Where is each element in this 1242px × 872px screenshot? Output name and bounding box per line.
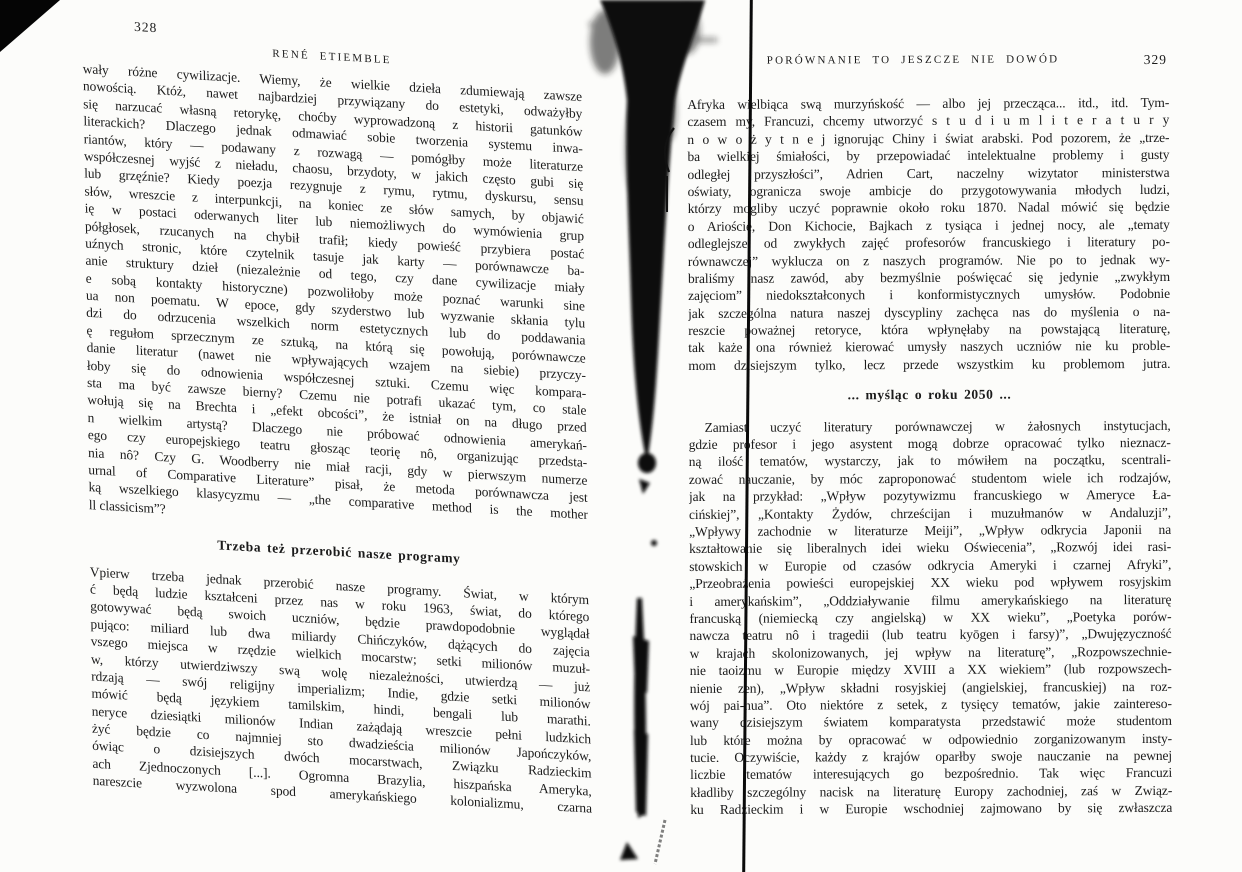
text-line: oświaty, ogranicza swoje ambicje do przy… <box>688 181 1170 200</box>
text-line: wany dzisiejszym światem komparatysta pr… <box>690 712 1172 731</box>
left-page: 328 RENÉ ETIEMBLE wały różne cywilizacje… <box>82 16 592 817</box>
text-line: odleglejsze od zwykłych zajęć profesorów… <box>688 233 1170 252</box>
text-line: kładliby szczególny nacisk na literaturę… <box>690 782 1172 801</box>
text-line: nawcza teatru nô i tragedii (lub teatru … <box>690 625 1172 644</box>
text-line: którzy mogliby uczyć poprawnie około rok… <box>688 198 1170 217</box>
page-number-right: 329 <box>1144 52 1167 68</box>
text-line: jak na przykład: „Wpływ pozytywizmu fran… <box>689 486 1171 505</box>
text-line: n o w o ż y t n e j ignorując Chiny i św… <box>687 129 1169 148</box>
text-line: lub które można by opracować w odpowiedn… <box>690 730 1172 749</box>
left-page-text: wały różne cywilizacje. Wiemy, że wielki… <box>83 60 592 817</box>
text-line: o Arioście, Don Kichocie, Bajkach z tysi… <box>688 216 1170 235</box>
text-line: Zamiast uczyć literatury porównawczej w … <box>689 417 1171 436</box>
text-line: tucie. Oczywiście, każdy z krajów oparłb… <box>690 747 1172 766</box>
text-line: ... myśląc o roku 2050 ... <box>688 385 1170 404</box>
text-line: czasem my, Francuzi, chcemy utworzyć s t… <box>687 111 1169 130</box>
paragraph: Vpierw trzeba jednak przerobić nasze pro… <box>90 563 592 818</box>
speckle-streak <box>655 820 665 864</box>
text-line: ku Radzieckim i w Europie wschodniej zaj… <box>690 799 1172 818</box>
text-line: tak każe ona również kierować umysły nas… <box>688 337 1170 356</box>
text-line: równawczej” wyklucza on z naszych progra… <box>688 250 1170 269</box>
text-line: gdzie profesor i jego asystent mogą dobr… <box>689 434 1171 453</box>
text-line: w krajach skolonizowanych, jej wpływ na … <box>690 643 1172 662</box>
text-line: cińskiej”, „Kontakty Żydów, chrześcijan … <box>689 503 1171 522</box>
text-line: liczbie tematów interesujących go bezpoś… <box>690 764 1172 783</box>
text-line: kształtowanie się liberalnych idei wieku… <box>689 538 1171 557</box>
text-line: wój pai-hua”. Oto niektóre z setek, z ty… <box>690 695 1172 714</box>
paragraph: wały różne cywilizacje. Wiemy, że wielki… <box>83 60 589 541</box>
text-line: ną ilość tematów, wystarczy, jak to mówi… <box>689 451 1171 470</box>
text-line: braliśmy nasz zawód, aby bezmyślnie pośw… <box>688 268 1170 287</box>
paragraph: Zamiast uczyć literatury porównawczej w … <box>689 417 1173 819</box>
section-heading: ... myśląc o roku 2050 ... <box>688 385 1170 404</box>
right-page: PORÓWNANIE TO JESZCZE NIE DOWÓD 329 Afry… <box>687 52 1172 819</box>
text-line: zować nauczanie, by móc zaproponować stu… <box>689 469 1171 488</box>
pen-paren-mark-artifact <box>658 124 682 216</box>
text-line: reszcie poważnej retoryce, która wpłynęł… <box>688 320 1170 339</box>
smudge-core <box>600 0 705 860</box>
scanned-book-spread: { "colors": { "paper": "#fcfcfa", "ink":… <box>0 0 1242 872</box>
text-line: stowskich w Europie od czasów odkrycia A… <box>689 556 1171 575</box>
folded-corner-artifact <box>0 0 60 52</box>
text-line: zajęciom” niedokształconych i konformist… <box>688 285 1170 304</box>
text-line: nienie zen), „Wpływ składni rosyjskiej (… <box>690 677 1172 696</box>
text-line: „Przeobrażenia powieści europejskiej XX … <box>689 573 1171 592</box>
gutter-smudge-artifact <box>575 0 725 872</box>
text-line: odległej przyszłości”, Adrien Cart, nacz… <box>687 163 1169 182</box>
text-line: francuską (niemiecką czy angielską) w XX… <box>689 608 1171 627</box>
text-line: nie taoizmu w Europie między XVIII a XX … <box>690 660 1172 679</box>
text-line: ba wielkiej śmiałości, by przepowiadać i… <box>687 146 1169 165</box>
text-line: „Wpływy zachodnie w literaturze Meiji”, … <box>689 521 1171 540</box>
text-line: Afryka wielbiąca swą murzyńskość — albo … <box>687 94 1169 113</box>
text-line: jak szczególna natura naszej dyscypliny … <box>688 303 1170 322</box>
text-line: mom dzisiejszym tylko, lecz przede wszys… <box>688 355 1170 374</box>
paragraph: Afryka wielbiąca swą murzyńskość — albo … <box>687 94 1170 374</box>
running-header-right: PORÓWNANIE TO JESZCZE NIE DOWÓD <box>687 53 1139 70</box>
text-line: i amerykańskim”, „Oddziaływanie filmu am… <box>689 590 1171 609</box>
right-page-text: Afryka wielbiąca swą murzyńskość — albo … <box>687 94 1172 819</box>
right-page-headrow: PORÓWNANIE TO JESZCZE NIE DOWÓD 329 <box>687 52 1169 70</box>
